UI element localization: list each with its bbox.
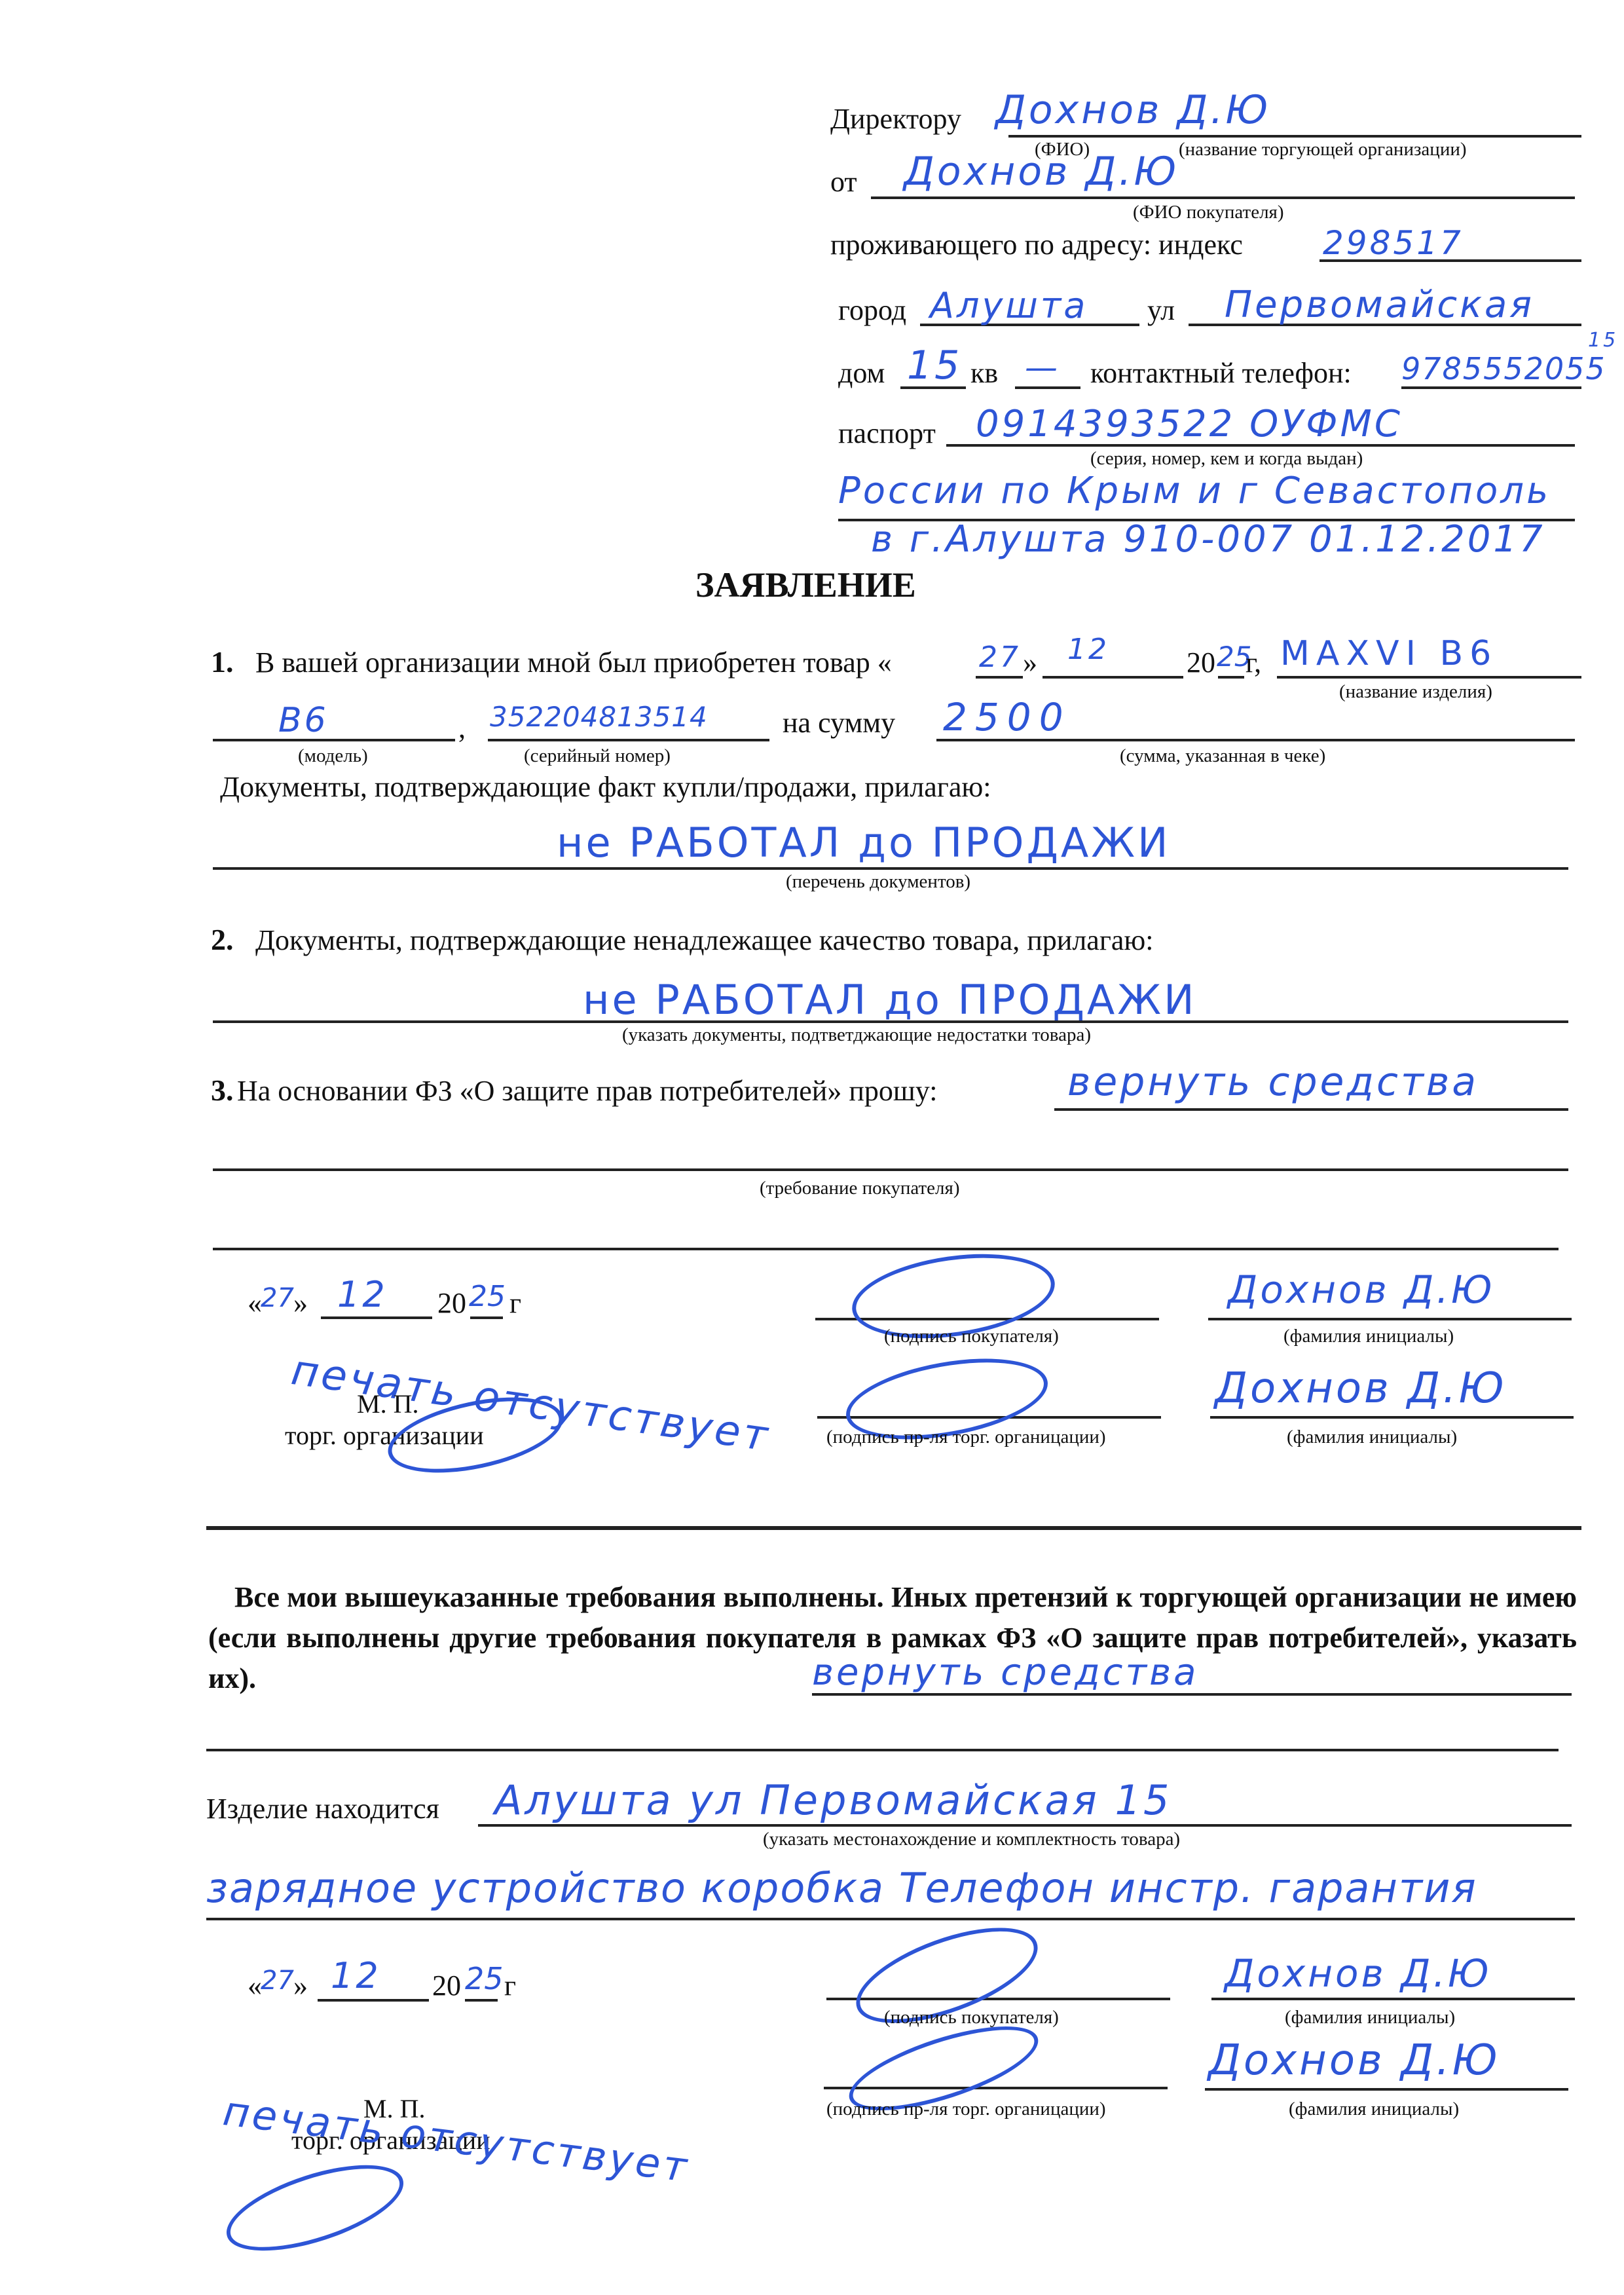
phone-extra: 15 — [1588, 331, 1618, 350]
apt-label: кв — [970, 359, 998, 388]
passport-line3[interactable]: в г.Алушта 910-007 01.12.2017 — [871, 521, 1545, 558]
director-hint-org: (название торгующей организации) — [1179, 140, 1467, 159]
location-underline — [478, 1824, 1572, 1827]
apt-underline — [1015, 386, 1080, 389]
product-hint: (название изделия) — [1339, 682, 1492, 701]
serial-field[interactable]: 352204813514 — [490, 703, 708, 731]
demand-underline-3 — [213, 1248, 1559, 1250]
sig1-year-prefix: 20 — [437, 1289, 466, 1318]
kit-underline — [206, 1918, 1575, 1920]
sig2-year-underline — [465, 1999, 498, 2002]
section2-number: 2. — [211, 925, 234, 955]
section3-text: На основании ФЗ «О защите прав потребите… — [237, 1077, 937, 1106]
director-field[interactable]: Дохнов Д.Ю — [995, 90, 1270, 130]
sig1-date-open: « — [248, 1289, 262, 1318]
buyer-name-field[interactable]: Дохнов Д.Ю — [1228, 1271, 1495, 1309]
from-field[interactable]: Дохнов Д.Ю — [904, 152, 1179, 191]
sig2-seller-signature-hint: (подпись пр-ля торг. органицации) — [826, 2100, 1106, 2119]
demand-hint: (требование покупателя) — [760, 1179, 960, 1198]
purchase-docs-hint: (перечень документов) — [786, 872, 970, 891]
closing-field[interactable]: вернуть средства — [812, 1654, 1198, 1691]
passport-field[interactable]: 0914393522 ОУФМС — [976, 406, 1403, 443]
buyer-name-hint: (фамилия инициалы) — [1283, 1327, 1454, 1346]
phone-field[interactable]: 9785552055 — [1401, 354, 1606, 384]
sig1-year-g: г — [509, 1289, 521, 1318]
year-prefix: 20 — [1187, 648, 1215, 677]
location-hint: (указать местонахождение и комплектность… — [763, 1830, 1180, 1849]
location-field[interactable]: Алушта ул Первомайская 15 — [494, 1780, 1172, 1821]
serial-hint: (серийный номер) — [524, 747, 671, 766]
sig1-day[interactable]: 27 — [261, 1285, 294, 1311]
sig1-month[interactable]: 12 — [337, 1277, 388, 1313]
from-label: от — [830, 168, 857, 196]
sig2-year-g: г — [504, 1971, 516, 2000]
page-title: ЗАЯВЛЕНИЕ — [695, 565, 916, 605]
purchase-docs-underline — [213, 867, 1568, 870]
purchase-month[interactable]: 12 — [1067, 635, 1109, 664]
sig2-year[interactable]: 25 — [465, 1964, 504, 1994]
sum-field[interactable]: 2500 — [943, 698, 1071, 736]
demand-underline — [1054, 1108, 1568, 1111]
sig2-seller-name-line — [1205, 2088, 1568, 2091]
month-underline — [1043, 676, 1183, 679]
street-field[interactable]: Первомайская — [1225, 287, 1534, 324]
sum-label: на сумму — [783, 709, 895, 737]
section-divider — [206, 1526, 1581, 1530]
sig2-month[interactable]: 12 — [331, 1958, 381, 1994]
from-hint: (ФИО покупателя) — [1133, 203, 1284, 222]
purchase-docs-label: Документы, подтверждающие факт купли/про… — [220, 773, 991, 802]
address-label: проживающего по адресу: индекс — [830, 231, 1243, 259]
section1-text: В вашей организации мной был приобретен … — [255, 648, 892, 677]
sig2-stamp-scribble — [217, 2148, 413, 2268]
model-field[interactable]: B6 — [278, 703, 329, 737]
closing-underline-2 — [206, 1749, 1559, 1751]
stamp-mp: М. П. — [357, 1391, 418, 1417]
quality-docs-field[interactable]: не РАБОТАЛ до ПРОДАЖИ — [583, 980, 1196, 1020]
section3-number: 3. — [211, 1075, 234, 1106]
location-label: Изделие находится — [206, 1795, 439, 1823]
city-field[interactable]: Алушта — [930, 288, 1088, 324]
sig1-year[interactable]: 25 — [469, 1282, 506, 1311]
comma: , — [458, 714, 466, 743]
director-label: Директору — [830, 105, 961, 134]
phone-label: контактный телефон: — [1090, 359, 1352, 388]
day-underline — [976, 676, 1023, 679]
model-hint: (модель) — [298, 747, 368, 766]
purchase-day[interactable]: 27 — [979, 643, 1021, 672]
seller-name-line — [1210, 1416, 1574, 1419]
quality-docs-hint: (указать документы, подтветджающие недос… — [622, 1026, 1091, 1045]
year-underline — [1218, 676, 1244, 679]
from-underline — [871, 196, 1575, 199]
demand-underline-2 — [213, 1168, 1568, 1171]
sig2-date-close: » — [293, 1971, 308, 2000]
sig2-year-prefix: 20 — [432, 1971, 461, 2000]
sig2-seller-name-field[interactable]: Дохнов Д.Ю — [1208, 2040, 1500, 2081]
kit-field[interactable]: зарядное устройство коробка Телефон инст… — [206, 1868, 1477, 1909]
seller-name-field[interactable]: Дохнов Д.Ю — [1215, 1368, 1507, 1409]
product-underline — [1277, 676, 1581, 679]
serial-underline — [488, 739, 769, 741]
sig1-year-underline — [470, 1316, 503, 1319]
sig2-seller-name-hint: (фамилия инициалы) — [1289, 2100, 1459, 2119]
demand-field[interactable]: вернуть средства — [1067, 1062, 1479, 1102]
sig2-buyer-signature-hint: (подпись покупателя) — [884, 2008, 1059, 2027]
passport-label: паспорт — [838, 419, 936, 448]
house-label: дом — [838, 359, 885, 388]
passport-hint: (серия, номер, кем и когда выдан) — [1090, 449, 1363, 468]
sig1-month-underline — [321, 1316, 432, 1319]
house-field[interactable]: 15 — [907, 346, 962, 385]
sig2-buyer-name-hint: (фамилия инициалы) — [1285, 2008, 1455, 2027]
seller-signature-hint: (подпись пр-ля торг. органицации) — [826, 1428, 1106, 1447]
seller-name-hint: (фамилия инициалы) — [1287, 1428, 1457, 1447]
year-g: г, — [1246, 648, 1261, 677]
section1-number: 1. — [211, 647, 234, 677]
section2-text: Документы, подтверждающие ненадлежащее к… — [255, 926, 1154, 955]
apt-field[interactable]: — — [1025, 351, 1060, 384]
phone-underline — [1401, 386, 1581, 389]
sig2-month-underline — [318, 1999, 429, 2002]
sig1-date-close: » — [293, 1289, 308, 1318]
purchase-docs-field[interactable]: не РАБОТАЛ до ПРОДАЖИ — [557, 823, 1170, 863]
street-label: ул — [1147, 296, 1175, 325]
model-underline — [213, 739, 455, 741]
buyer-signature-hint: (подпись покупателя) — [884, 1327, 1059, 1346]
sig2-day[interactable]: 27 — [261, 1968, 294, 1994]
sig2-date-open: « — [248, 1971, 262, 2000]
passport-line2[interactable]: России по Крым и г Севастополь — [838, 473, 1551, 510]
sum-hint: (сумма, указанная в чеке) — [1120, 747, 1325, 766]
quote-close: » — [1023, 648, 1037, 677]
sig2-stamp-note[interactable]: печать отсутствует — [221, 2091, 692, 2188]
sig2-buyer-name-line — [1211, 1998, 1575, 2000]
buyer-name-line — [1208, 1318, 1572, 1320]
city-label: город — [838, 296, 906, 325]
sig2-buyer-name-field[interactable]: Дохнов Д.Ю — [1225, 1954, 1492, 1992]
product-field[interactable]: MAXVI B6 — [1280, 637, 1498, 671]
director-underline — [1008, 135, 1581, 138]
index-field[interactable]: 298517 — [1323, 227, 1464, 259]
